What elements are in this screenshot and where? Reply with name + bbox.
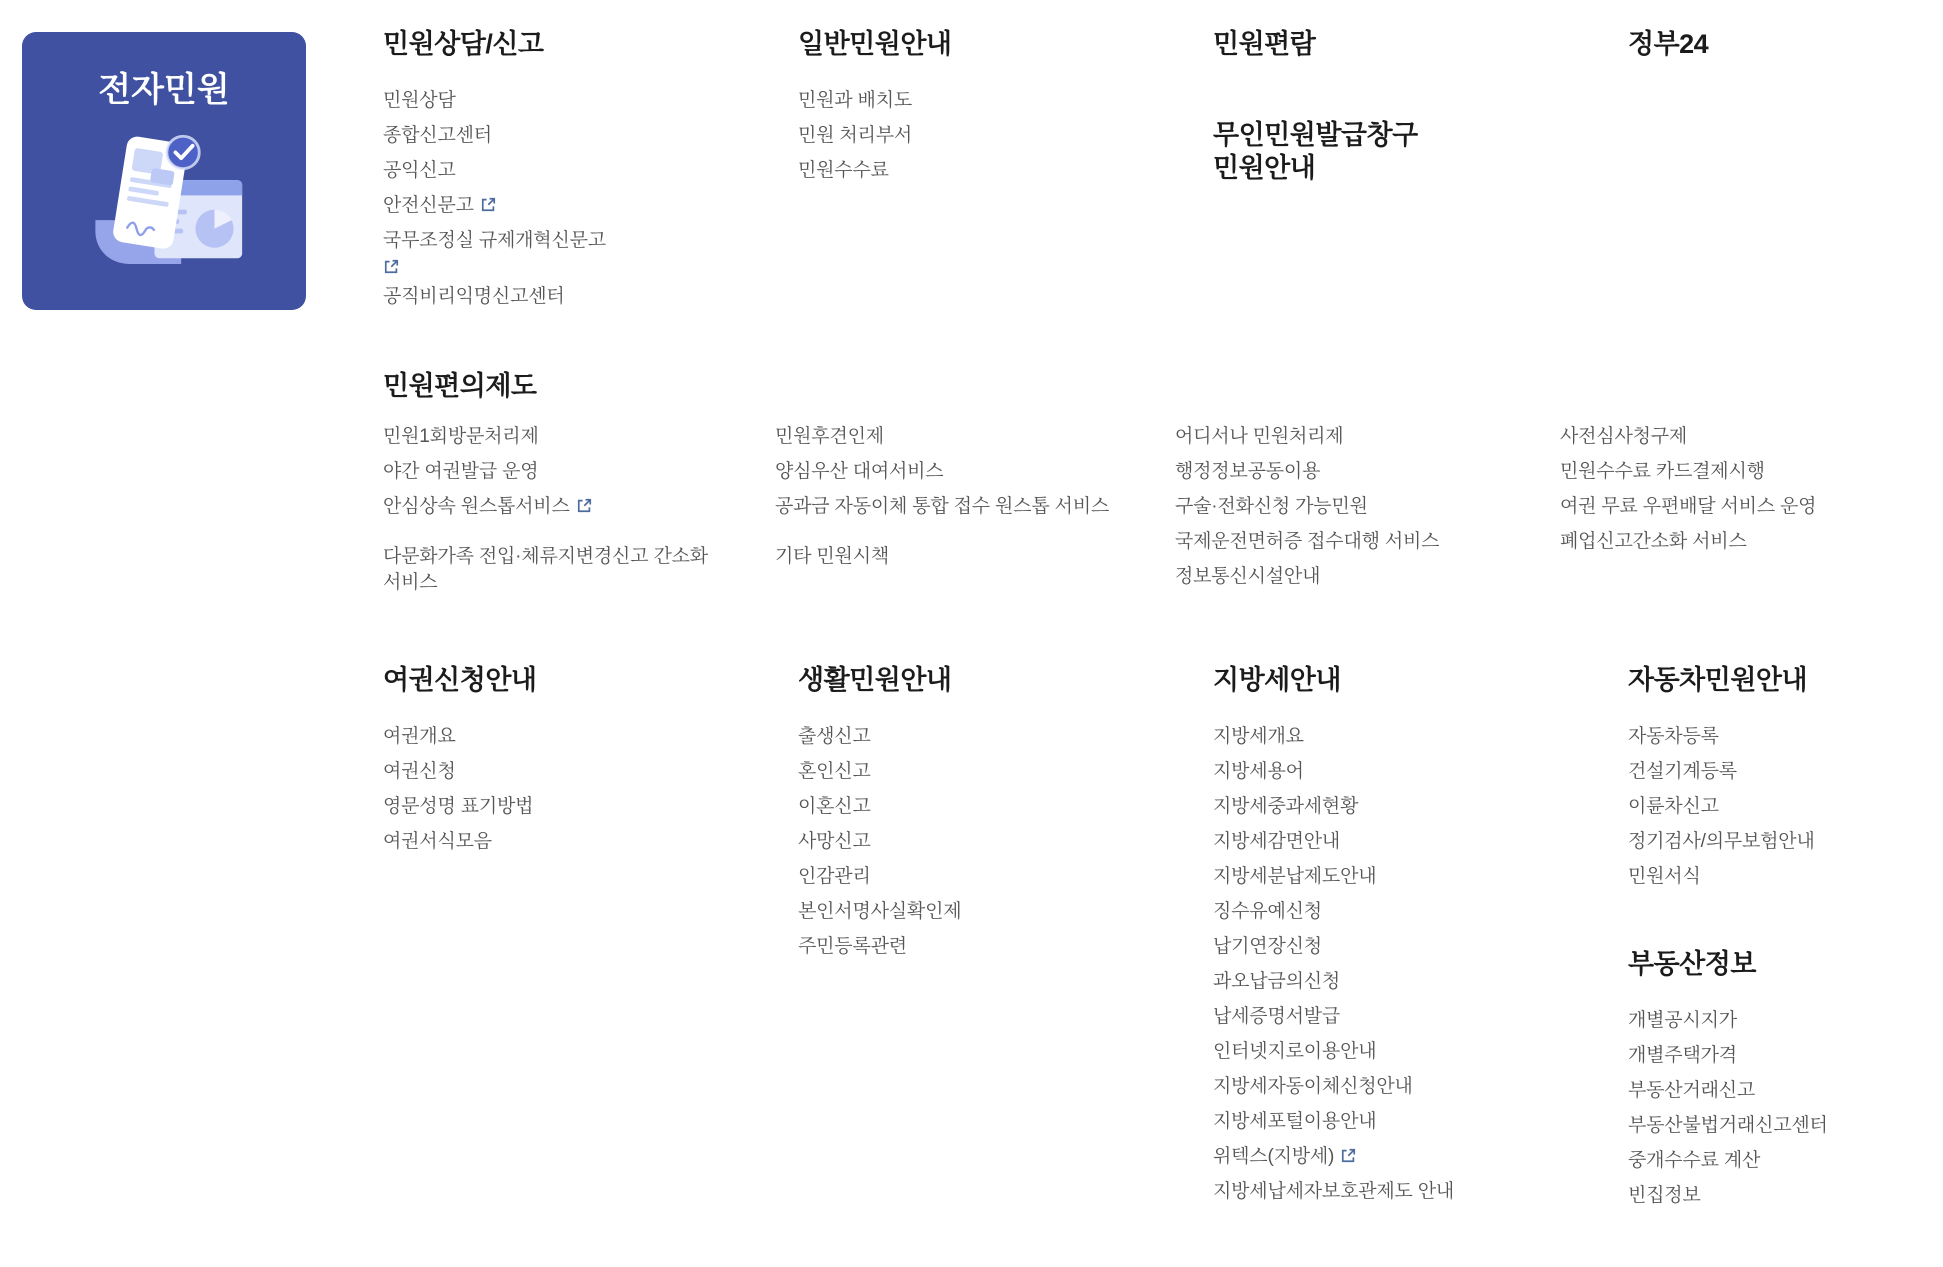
menu-item-label: 건설기계등록 bbox=[1628, 761, 1737, 782]
menu-column: 사전심사청구제민원수수료 카드결제시행여권 무료 우편배달 서비스 운영폐업신고… bbox=[1560, 424, 1943, 605]
menu-item-label: 안심상속 원스톱서비스 bbox=[383, 496, 570, 517]
menu-item-label: 개별공시지가 bbox=[1628, 1010, 1737, 1031]
group-heading[interactable]: 자동차민원안내 bbox=[1628, 664, 1898, 697]
menu-item[interactable]: 개별공시지가 bbox=[1628, 1008, 1888, 1034]
menu-group: 부동산정보개별공시지가개별주택가격부동산거래신고부동산불법거래신고센터중개수수료… bbox=[1628, 948, 1943, 1209]
menu-item-label: 지방세분납제도안내 bbox=[1213, 866, 1376, 887]
menu-group: 일반민원안내민원과 배치도민원 처리부서민원수수료 bbox=[798, 28, 1213, 184]
menu-column: 민원상담/신고민원상담종합신고센터공익신고안전신문고국무조정실 규제개혁신문고공… bbox=[383, 28, 798, 319]
menu-column: 여권신청안내여권개요여권신청영문성명 표기방법여권서식모음 bbox=[383, 664, 798, 1218]
menu-item[interactable]: 빈집정보 bbox=[1628, 1183, 1888, 1209]
menu-item-label: 민원수수료 카드결제시행 bbox=[1560, 461, 1765, 482]
menu-item[interactable]: 사망신고 bbox=[798, 829, 1058, 855]
menu-item-label: 민원서식 bbox=[1628, 866, 1701, 887]
menu-item-label: 부동산불법거래신고센터 bbox=[1628, 1115, 1828, 1136]
menu-item-label: 민원후견인제 bbox=[775, 426, 884, 447]
menu-item[interactable]: 종합신고센터 bbox=[383, 123, 643, 149]
menu-column: 어디서나 민원처리제행정정보공동이용구술·전화신청 가능민원국제운전면허증 접수… bbox=[1175, 424, 1560, 605]
menu-item-label: 여권서식모음 bbox=[383, 831, 492, 852]
menu-item[interactable]: 행정정보공동이용 bbox=[1175, 459, 1520, 485]
menu-item-label: 지방세포털이용안내 bbox=[1213, 1111, 1376, 1132]
section-heading[interactable]: 민원편의제도 bbox=[383, 370, 1943, 403]
menu-item[interactable]: 다문화가족 전입·체류지변경신고 간소화 서비스 bbox=[383, 544, 728, 596]
menu-item[interactable]: 납세증명서발급 bbox=[1213, 1004, 1473, 1030]
group-heading[interactable]: 정부24 bbox=[1628, 28, 1898, 61]
menu-item-label: 양심우산 대여서비스 bbox=[775, 461, 943, 482]
menu-item[interactable]: 주민등록관련 bbox=[798, 934, 1058, 960]
menu-column: 정부24 bbox=[1628, 28, 1943, 319]
menu-item-label: 빈집정보 bbox=[1628, 1185, 1701, 1206]
menu-item[interactable]: 본인서명사실확인제 bbox=[798, 899, 1058, 925]
menu-item-label: 자동차등록 bbox=[1628, 726, 1719, 747]
document-check-illustration bbox=[58, 121, 270, 283]
group-heading[interactable]: 여권신청안내 bbox=[383, 664, 653, 697]
menu-item[interactable]: 민원서식 bbox=[1628, 864, 1888, 890]
menu-item-label: 부동산거래신고 bbox=[1628, 1080, 1755, 1101]
menu-columns: 민원1회방문처리제야간 여권발급 운영안심상속 원스톱서비스다문화가족 전입·체… bbox=[383, 424, 1943, 605]
menu-item[interactable]: 정보통신시설안내 bbox=[1175, 564, 1520, 590]
category-title: 전자민원 bbox=[22, 62, 306, 111]
menu-item-label: 혼인신고 bbox=[798, 761, 871, 782]
menu-item[interactable]: 사전심사청구제 bbox=[1560, 424, 1905, 450]
menu-item[interactable]: 민원상담 bbox=[383, 88, 643, 114]
menu-item-label: 국무조정실 규제개혁신문고 bbox=[383, 230, 606, 251]
menu-item-label: 지방세개요 bbox=[1213, 726, 1304, 747]
menu-list: 민원1회방문처리제야간 여권발급 운영안심상속 원스톱서비스다문화가족 전입·체… bbox=[383, 424, 775, 596]
menu-column: 생활민원안내출생신고혼인신고이혼신고사망신고인감관리본인서명사실확인제주민등록관… bbox=[798, 664, 1213, 1218]
menu-group: 민원상담/신고민원상담종합신고센터공익신고안전신문고국무조정실 규제개혁신문고공… bbox=[383, 28, 798, 310]
menu-item-label: 민원과 배치도 bbox=[798, 90, 912, 111]
menu-list: 민원과 배치도민원 처리부서민원수수료 bbox=[798, 88, 1213, 184]
menu-column: 일반민원안내민원과 배치도민원 처리부서민원수수료 bbox=[798, 28, 1213, 319]
menu-item[interactable]: 지방세포털이용안내 bbox=[1213, 1109, 1473, 1135]
menu-item-label: 인터넷지로이용안내 bbox=[1213, 1041, 1376, 1062]
menu-group: 민원편람 bbox=[1213, 28, 1628, 61]
menu-column: 지방세안내지방세개요지방세용어지방세중과세현황지방세감면안내지방세분납제도안내징… bbox=[1213, 664, 1628, 1218]
menu-item-label: 본인서명사실확인제 bbox=[798, 901, 961, 922]
menu-list: 지방세개요지방세용어지방세중과세현황지방세감면안내지방세분납제도안내징수유예신청… bbox=[1213, 724, 1628, 1205]
check-badge bbox=[167, 136, 199, 168]
menu-item-label: 공과금 자동이체 통합 접수 원스톱 서비스 bbox=[775, 496, 1109, 517]
menu-item[interactable]: 여권신청 bbox=[383, 759, 643, 785]
menu-item-label: 사망신고 bbox=[798, 831, 871, 852]
menu-list: 사전심사청구제민원수수료 카드결제시행여권 무료 우편배달 서비스 운영폐업신고… bbox=[1560, 424, 1943, 555]
menu-item[interactable]: 공익신고 bbox=[383, 158, 643, 184]
menu-item[interactable]: 지방세중과세현황 bbox=[1213, 794, 1473, 820]
menu-item-label: 중개수수료 계산 bbox=[1628, 1150, 1760, 1171]
menu-item[interactable]: 지방세자동이체신청안내 bbox=[1213, 1074, 1473, 1100]
menu-item-label: 안전신문고 bbox=[383, 195, 474, 216]
menu-item[interactable]: 부동산불법거래신고센터 bbox=[1628, 1113, 1888, 1139]
menu-item[interactable]: 어디서나 민원처리제 bbox=[1175, 424, 1520, 450]
menu-item[interactable]: 야간 여권발급 운영 bbox=[383, 459, 728, 485]
external-link-icon bbox=[1340, 1147, 1357, 1164]
menu-item[interactable]: 공직비리익명신고센터 bbox=[383, 284, 643, 310]
menu-group: 생활민원안내출생신고혼인신고이혼신고사망신고인감관리본인서명사실확인제주민등록관… bbox=[798, 664, 1213, 960]
menu-item[interactable]: 중개수수료 계산 bbox=[1628, 1148, 1888, 1174]
menu-item-label: 납세증명서발급 bbox=[1213, 1006, 1340, 1027]
menu-item[interactable]: 기타 민원시책 bbox=[775, 544, 1120, 570]
menu-item[interactable]: 국제운전면허증 접수대행 서비스 bbox=[1175, 529, 1520, 555]
menu-item-label: 징수유예신청 bbox=[1213, 901, 1322, 922]
menu-item-label: 민원 처리부서 bbox=[798, 125, 912, 146]
menu-item-label: 지방세중과세현황 bbox=[1213, 796, 1358, 817]
menu-item[interactable]: 자동차등록 bbox=[1628, 724, 1888, 750]
section-top-links: 민원상담/신고민원상담종합신고센터공익신고안전신문고국무조정실 규제개혁신문고공… bbox=[383, 28, 1943, 319]
menu-item[interactable]: 이혼신고 bbox=[798, 794, 1058, 820]
menu-item[interactable]: 인터넷지로이용안내 bbox=[1213, 1039, 1473, 1065]
menu-item-label: 납기연장신청 bbox=[1213, 936, 1322, 957]
external-link-icon bbox=[383, 258, 400, 275]
menu-content: 민원상담/신고민원상담종합신고센터공익신고안전신문고국무조정실 규제개혁신문고공… bbox=[383, 0, 1943, 1267]
menu-item-label: 공직비리익명신고센터 bbox=[383, 286, 565, 307]
menu-item[interactable]: 출생신고 bbox=[798, 724, 1058, 750]
menu-item-label: 행정정보공동이용 bbox=[1175, 461, 1320, 482]
menu-item-label: 정기검사/의무보험안내 bbox=[1628, 831, 1815, 852]
menu-item-label: 이륜차신고 bbox=[1628, 796, 1719, 817]
group-heading[interactable]: 일반민원안내 bbox=[798, 28, 1068, 61]
menu-group: 어디서나 민원처리제행정정보공동이용구술·전화신청 가능민원국제운전면허증 접수… bbox=[1175, 424, 1560, 590]
menu-item-label: 여권개요 bbox=[383, 726, 456, 747]
menu-group: 지방세안내지방세개요지방세용어지방세중과세현황지방세감면안내지방세분납제도안내징… bbox=[1213, 664, 1628, 1205]
menu-item[interactable]: 여권개요 bbox=[383, 724, 643, 750]
menu-item[interactable]: 인감관리 bbox=[798, 864, 1058, 890]
menu-item-label: 영문성명 표기방법 bbox=[383, 796, 533, 817]
menu-item-label: 민원수수료 bbox=[798, 160, 889, 181]
menu-column: 민원편람무인민원발급창구 민원안내 bbox=[1213, 28, 1628, 319]
group-heading[interactable]: 민원편람 bbox=[1213, 28, 1483, 61]
menu-item[interactable]: 지방세개요 bbox=[1213, 724, 1473, 750]
category-tile: 전자민원 bbox=[22, 32, 306, 310]
menu-column: 민원후견인제양심우산 대여서비스공과금 자동이체 통합 접수 원스톱 서비스기타… bbox=[775, 424, 1175, 605]
menu-item[interactable]: 이륜차신고 bbox=[1628, 794, 1888, 820]
menu-group: 자동차민원안내자동차등록건설기계등록이륜차신고정기검사/의무보험안내민원서식 bbox=[1628, 664, 1943, 890]
menu-item-label: 구술·전화신청 가능민원 bbox=[1175, 496, 1368, 517]
group-heading[interactable]: 지방세안내 bbox=[1213, 664, 1483, 697]
menu-item-label: 지방세납세자보호관제도 안내 bbox=[1213, 1181, 1454, 1202]
menu-item-label: 사전심사청구제 bbox=[1560, 426, 1687, 447]
external-link-icon bbox=[480, 196, 497, 213]
menu-item-label: 여권신청 bbox=[383, 761, 456, 782]
menu-list: 여권개요여권신청영문성명 표기방법여권서식모음 bbox=[383, 724, 798, 855]
group-heading[interactable]: 민원상담/신고 bbox=[383, 28, 653, 61]
menu-item-label: 어디서나 민원처리제 bbox=[1175, 426, 1343, 447]
menu-item[interactable]: 폐업신고간소화 서비스 bbox=[1560, 529, 1905, 555]
menu-group: 정부24 bbox=[1628, 28, 1943, 61]
menu-item[interactable]: 민원 처리부서 bbox=[798, 123, 1058, 149]
menu-item[interactable]: 납기연장신청 bbox=[1213, 934, 1473, 960]
menu-item[interactable]: 국무조정실 규제개혁신문고 bbox=[383, 228, 643, 275]
menu-item[interactable]: 공과금 자동이체 통합 접수 원스톱 서비스 bbox=[775, 494, 1120, 520]
menu-item[interactable]: 지방세감면안내 bbox=[1213, 829, 1473, 855]
menu-item[interactable]: 안전신문고 bbox=[383, 193, 643, 219]
menu-columns: 여권신청안내여권개요여권신청영문성명 표기방법여권서식모음생활민원안내출생신고혼… bbox=[383, 664, 1943, 1218]
menu-item-label: 다문화가족 전입·체류지변경신고 간소화 서비스 bbox=[383, 546, 708, 593]
menu-item-label: 정보통신시설안내 bbox=[1175, 566, 1320, 587]
menu-item-label: 국제운전면허증 접수대행 서비스 bbox=[1175, 531, 1439, 552]
menu-item[interactable]: 건설기계등록 bbox=[1628, 759, 1888, 785]
menu-item-label: 지방세용어 bbox=[1213, 761, 1304, 782]
menu-group: 사전심사청구제민원수수료 카드결제시행여권 무료 우편배달 서비스 운영폐업신고… bbox=[1560, 424, 1943, 555]
menu-item-label: 민원상담 bbox=[383, 90, 456, 111]
menu-item[interactable]: 개별주택가격 bbox=[1628, 1043, 1888, 1069]
menu-item[interactable]: 지방세용어 bbox=[1213, 759, 1473, 785]
menu-item[interactable]: 구술·전화신청 가능민원 bbox=[1175, 494, 1520, 520]
menu-item[interactable]: 민원수수료 카드결제시행 bbox=[1560, 459, 1905, 485]
menu-item-label: 지방세자동이체신청안내 bbox=[1213, 1076, 1413, 1097]
menu-list: 민원후견인제양심우산 대여서비스공과금 자동이체 통합 접수 원스톱 서비스기타… bbox=[775, 424, 1175, 570]
menu-group: 민원1회방문처리제야간 여권발급 운영안심상속 원스톱서비스다문화가족 전입·체… bbox=[383, 424, 775, 596]
menu-item[interactable]: 과오납금의신청 bbox=[1213, 969, 1473, 995]
menu-list: 어디서나 민원처리제행정정보공동이용구술·전화신청 가능민원국제운전면허증 접수… bbox=[1175, 424, 1560, 590]
menu-item-label: 폐업신고간소화 서비스 bbox=[1560, 531, 1747, 552]
menu-group: 여권신청안내여권개요여권신청영문성명 표기방법여권서식모음 bbox=[383, 664, 798, 855]
menu-item-label: 지방세감면안내 bbox=[1213, 831, 1340, 852]
menu-item-label: 이혼신고 bbox=[798, 796, 871, 817]
menu-list: 자동차등록건설기계등록이륜차신고정기검사/의무보험안내민원서식 bbox=[1628, 724, 1943, 890]
menu-item-label: 출생신고 bbox=[798, 726, 871, 747]
menu-item[interactable]: 징수유예신청 bbox=[1213, 899, 1473, 925]
menu-item-label: 야간 여권발급 운영 bbox=[383, 461, 538, 482]
menu-item[interactable]: 여권 무료 우편배달 서비스 운영 bbox=[1560, 494, 1905, 520]
group-heading[interactable]: 부동산정보 bbox=[1628, 948, 1898, 981]
menu-item-label: 위텍스(지방세) bbox=[1213, 1146, 1334, 1167]
menu-item[interactable]: 부동산거래신고 bbox=[1628, 1078, 1888, 1104]
group-heading[interactable]: 무인민원발급창구 민원안내 bbox=[1213, 119, 1483, 185]
menu-column: 자동차민원안내자동차등록건설기계등록이륜차신고정기검사/의무보험안내민원서식부동… bbox=[1628, 664, 1943, 1218]
group-heading[interactable]: 생활민원안내 bbox=[798, 664, 1068, 697]
menu-item[interactable]: 여권서식모음 bbox=[383, 829, 643, 855]
menu-list: 출생신고혼인신고이혼신고사망신고인감관리본인서명사실확인제주민등록관련 bbox=[798, 724, 1213, 960]
menu-item[interactable]: 정기검사/의무보험안내 bbox=[1628, 829, 1888, 855]
section-convenience-programs: 민원편의제도민원1회방문처리제야간 여권발급 운영안심상속 원스톱서비스다문화가… bbox=[383, 370, 1943, 605]
menu-column: 민원1회방문처리제야간 여권발급 운영안심상속 원스톱서비스다문화가족 전입·체… bbox=[383, 424, 775, 605]
menu-item[interactable]: 민원후견인제 bbox=[775, 424, 1120, 450]
menu-item-label: 주민등록관련 bbox=[798, 936, 907, 957]
menu-item-label: 과오납금의신청 bbox=[1213, 971, 1340, 992]
menu-item[interactable]: 민원과 배치도 bbox=[798, 88, 1058, 114]
menu-item[interactable]: 양심우산 대여서비스 bbox=[775, 459, 1120, 485]
menu-item[interactable]: 영문성명 표기방법 bbox=[383, 794, 643, 820]
menu-item-label: 인감관리 bbox=[798, 866, 871, 887]
menu-item-label: 종합신고센터 bbox=[383, 125, 492, 146]
menu-list: 민원상담종합신고센터공익신고안전신문고국무조정실 규제개혁신문고공직비리익명신고… bbox=[383, 88, 798, 310]
menu-item[interactable]: 민원1회방문처리제 bbox=[383, 424, 728, 450]
menu-item-label: 개별주택가격 bbox=[1628, 1045, 1737, 1066]
emigov-mega-menu: 전자민원 bbox=[0, 0, 1943, 1267]
menu-list: 개별공시지가개별주택가격부동산거래신고부동산불법거래신고센터중개수수료 계산빈집… bbox=[1628, 1008, 1943, 1209]
menu-item[interactable]: 지방세납세자보호관제도 안내 bbox=[1213, 1179, 1473, 1205]
menu-item-label: 민원1회방문처리제 bbox=[383, 426, 539, 447]
menu-item-label: 공익신고 bbox=[383, 160, 456, 181]
menu-item-label: 여권 무료 우편배달 서비스 운영 bbox=[1560, 496, 1816, 517]
menu-item[interactable]: 민원수수료 bbox=[798, 158, 1058, 184]
menu-columns: 민원상담/신고민원상담종합신고센터공익신고안전신문고국무조정실 규제개혁신문고공… bbox=[383, 28, 1943, 319]
section-service-guides: 여권신청안내여권개요여권신청영문성명 표기방법여권서식모음생활민원안내출생신고혼… bbox=[383, 664, 1943, 1218]
menu-group: 민원후견인제양심우산 대여서비스공과금 자동이체 통합 접수 원스톱 서비스기타… bbox=[775, 424, 1175, 570]
menu-group: 무인민원발급창구 민원안내 bbox=[1213, 119, 1628, 185]
external-link-icon bbox=[576, 497, 593, 514]
menu-item[interactable]: 지방세분납제도안내 bbox=[1213, 864, 1473, 890]
menu-item[interactable]: 위텍스(지방세) bbox=[1213, 1144, 1473, 1170]
menu-item[interactable]: 안심상속 원스톱서비스 bbox=[383, 494, 728, 520]
menu-item-label: 기타 민원시책 bbox=[775, 546, 889, 567]
menu-item[interactable]: 혼인신고 bbox=[798, 759, 1058, 785]
